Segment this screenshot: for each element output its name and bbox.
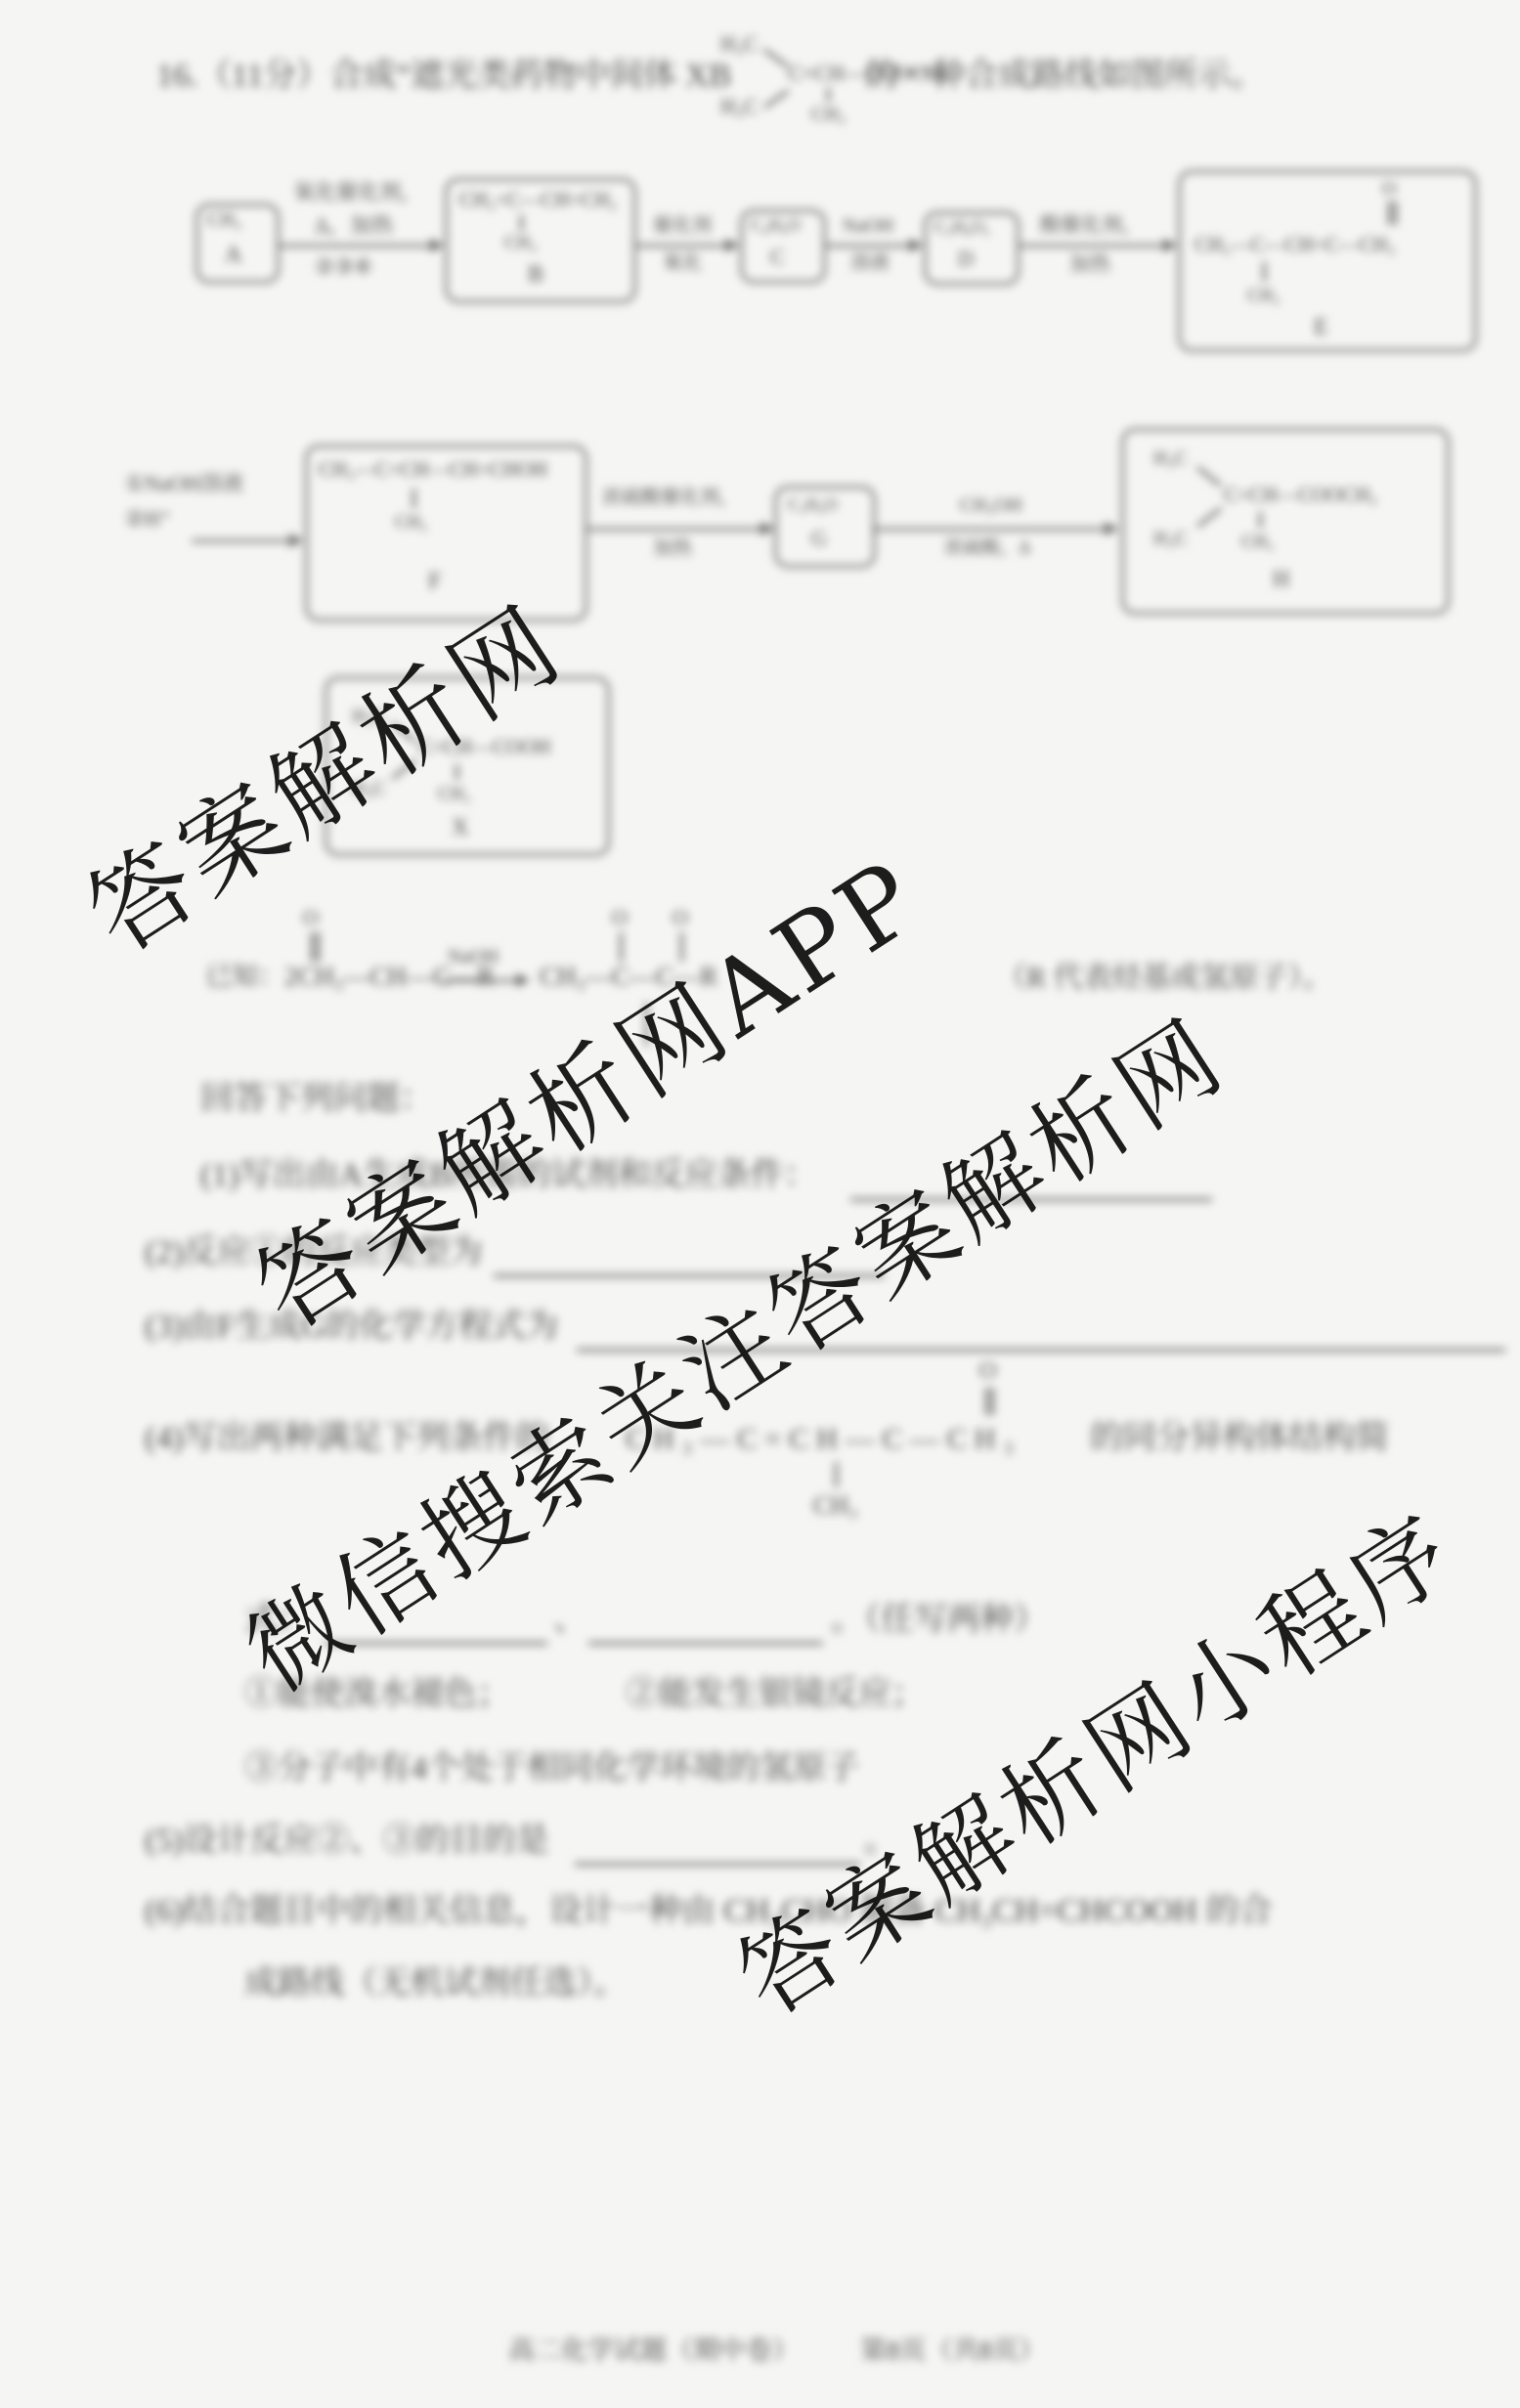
question-2-text: (2)反应①的反应类型为 [145, 1233, 483, 1271]
bond-line [763, 49, 789, 67]
document-layer: 16.（11分）合成“遮光类药物中间体 XB H₃C H₃C C=CH—COOC… [0, 0, 1520, 2408]
compound-x-left-top: H₃C [352, 706, 386, 728]
footer-title-text: 高二化学试题（期中卷） [508, 2336, 799, 2366]
compound-h-left-top: H₃C [1153, 448, 1188, 470]
compound-h-left-bottom: H₃C [1153, 528, 1188, 550]
double-bond-line [991, 1388, 994, 1415]
double-bond-line [311, 932, 314, 962]
question-4-sub: CH₃ [813, 1491, 857, 1521]
reaction-arrow-1 [278, 244, 442, 247]
bond-line [1259, 512, 1262, 528]
compound-g-letter: G [811, 526, 827, 550]
answer-intro-text: 回答下列问题： [200, 1080, 433, 1118]
question-4-text: (4)写出两种满足下列条件的 [145, 1419, 549, 1457]
compound-x-formula: C=CH—COOH [418, 735, 551, 758]
arrow3-label: 溶液 [850, 252, 890, 275]
compound-h-letter: H [1273, 567, 1289, 594]
reaction-arrow-6 [585, 528, 772, 531]
bond-line [456, 764, 458, 780]
known-arrow-label: NaOH [448, 946, 499, 968]
known-oxygen: O [673, 905, 688, 929]
arrow6-label: 加热 [653, 537, 692, 560]
question-4-cont-text: 式： [244, 1601, 311, 1639]
question-6-text: (6)结合题目中的相关信息，设计一种由 CH₃CHO 制备 CH₃CH=CHCO… [145, 1892, 1273, 1930]
arrow4-label: 酸催化剂， [1040, 213, 1143, 236]
known-oxygen: O [612, 905, 628, 929]
question-4-formula: CH₃—C=CH—C—CH₃ [626, 1423, 1021, 1457]
compound-d-formula: C₅H₈O₂ [934, 217, 990, 237]
compound-b-letter: B [528, 262, 543, 289]
question-6-cont-text: 成路线（无机试剂任选）。 [244, 1964, 627, 2002]
arrow1-label: 氧化催化剂， [293, 180, 422, 204]
compound-e-letter: E [1314, 315, 1328, 342]
known-reaction-right: CH₃—C—C—R [540, 962, 717, 992]
compound-e-oxygen: O [1382, 178, 1396, 200]
question-5-period: 。 [864, 1822, 897, 1860]
condition-1-text: ①能使溴水褪色； [244, 1675, 510, 1713]
reaction-arrow-5 [192, 539, 301, 542]
header-struct-top: H₃C [720, 31, 758, 56]
reaction-arrow-2 [633, 244, 737, 247]
header-struct-sub: CH₃ [811, 104, 846, 126]
compound-h-formula: C=CH—COOCH₃ [1224, 483, 1377, 506]
question-intro-text: 的一种合成路线如图所示。 [865, 57, 1264, 95]
question-number-text: 16.（11分）合成“遮光类药物中间体 XB [156, 57, 731, 95]
arrow6-label: 浓硫酸催化剂， [602, 487, 739, 509]
double-bond-line [985, 1388, 988, 1415]
arrow7-label: 浓硫酸，Δ [944, 537, 1030, 559]
condition-2-text: ②能发生银镜反应； [626, 1675, 925, 1713]
bond-line [835, 1462, 838, 1487]
compound-a-letter: A [225, 242, 241, 270]
question-4-oxygen: O [979, 1358, 996, 1386]
bond-line [520, 215, 523, 231]
arrow1-label: ②③④ [315, 254, 372, 279]
compound-b-formula: CH₂=C—CH=CH₂ [459, 188, 617, 211]
bond-line [413, 489, 415, 508]
double-bond-line [680, 932, 683, 962]
question-5-text: (5)设计反应②、③的目的是 [145, 1822, 549, 1860]
answer-blank-line [494, 1274, 885, 1277]
answer-blank-line [325, 1642, 547, 1645]
compound-f-letter: F [428, 569, 441, 596]
arrow3-label: NaOH [843, 215, 893, 237]
bond-line [645, 1003, 648, 1046]
compound-x-sub: CH₃ [438, 784, 470, 805]
compound-d-letter: D [958, 246, 974, 271]
double-bond-line [620, 932, 623, 962]
question-1-text: (1)写出由A生成B所需的试剂和反应条件： [200, 1156, 817, 1194]
question-4-note-text: 。（任写两种） [831, 1601, 1047, 1639]
known-note-text: （R 代表烃基或氢原子）。 [997, 962, 1332, 996]
compound-x-letter: X [452, 815, 468, 842]
compound-f-sub: CH₃ [395, 512, 427, 534]
bond-line [1263, 262, 1266, 281]
known-oxygen: O [303, 905, 319, 929]
known-reaction-arrow [442, 979, 528, 982]
compound-x-left-bottom: H₃C [352, 778, 386, 800]
reaction-arrow-7 [872, 528, 1116, 531]
compound-e-sub: CH₃ [1247, 285, 1280, 307]
arrow1-label: Δ，加热 [315, 213, 393, 237]
compound-b-sub: CH₃ [504, 233, 537, 254]
double-bond-line [317, 932, 320, 962]
arrow7-label: CH₃OH [960, 494, 1022, 517]
answer-blank-line [575, 1863, 860, 1866]
question-4-separator: 、 [553, 1601, 586, 1639]
question-3-text: (3)由F生成G的化学方程式为 [145, 1308, 558, 1346]
compound-f-formula: CH₃—C=CH—CH=CHOH [319, 457, 547, 481]
compound-c-formula: C₄H₆O [751, 215, 801, 236]
bond-line [763, 90, 789, 108]
reagent-label: ②H⁺ [125, 506, 171, 531]
condition-3-text: ③分子中有4个处于相同化学环境的氢原子 [244, 1749, 859, 1787]
footer-page-text: 第8页（共8页） [860, 2336, 1045, 2366]
arrow4-label: 加热 [1069, 252, 1110, 276]
answer-blank-line [577, 1349, 1505, 1352]
double-bond-line [1394, 201, 1397, 225]
reaction-arrow-3 [823, 244, 921, 247]
compound-a-formula: CH₃ [207, 209, 241, 232]
bond-line [827, 88, 830, 102]
compound-h-sub: CH₃ [1241, 532, 1274, 553]
arrow2-label: 氧化 [663, 252, 702, 275]
compound-g-formula: C₅H₆O [788, 494, 838, 515]
answer-blank-line [850, 1198, 1212, 1201]
answer-blank-line [588, 1642, 823, 1645]
reaction-arrow-4 [1017, 244, 1175, 247]
arrow2-label: 催化剂 [653, 215, 712, 237]
reagent-label: ①NaOH溶液 [125, 471, 243, 495]
double-bond-line [1388, 201, 1391, 225]
question-4-tail-text: 的同分异构体结构简 [1090, 1419, 1389, 1457]
compound-c-letter: C [770, 244, 785, 269]
compound-e-formula: CH₃—C—CH=C—CH₃ [1194, 233, 1395, 256]
header-struct-bottom: H₃C [720, 94, 758, 118]
exam-page: 16.（11分）合成“遮光类药物中间体 XB H₃C H₃C C=CH—COOC… [0, 0, 1520, 2408]
